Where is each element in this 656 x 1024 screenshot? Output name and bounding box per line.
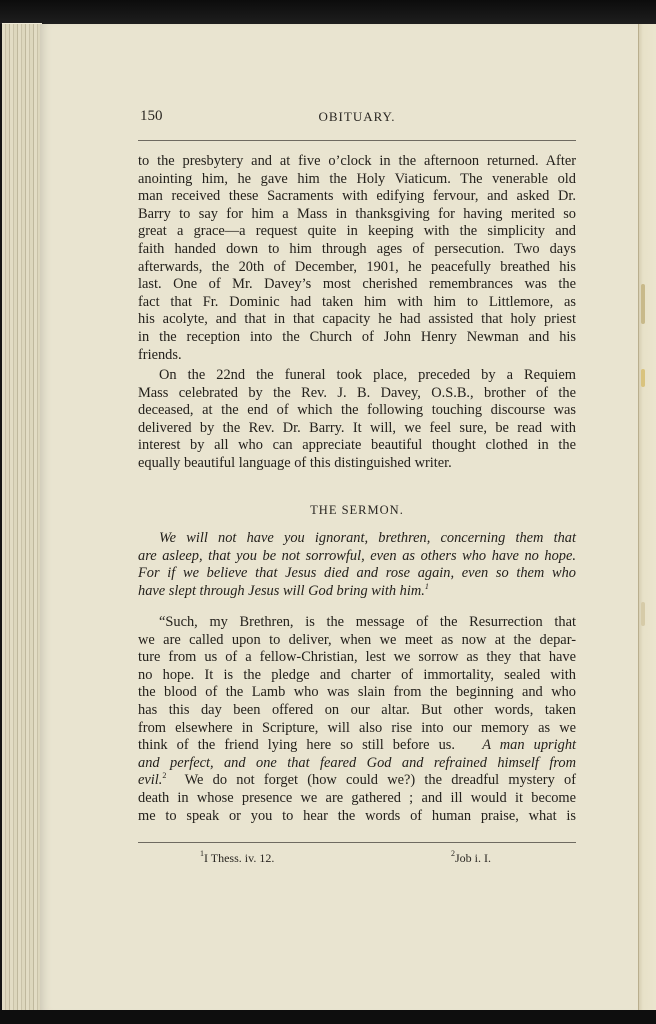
scan-backdrop-top [0, 0, 656, 24]
text-line: from elsewhere in Scripture, will also r… [138, 720, 576, 738]
footnote-2: 2Job i. I. [451, 851, 491, 866]
text-line: the blood of the Lamb who was slain from… [138, 684, 576, 702]
running-title: OBITUARY. [138, 109, 576, 125]
running-head: 150 OBITUARY. [138, 108, 576, 128]
text-line: man received these Sacraments with edify… [138, 188, 576, 206]
header-rule [138, 140, 576, 141]
text-line: has this day been offered on our altar. … [138, 702, 576, 720]
footnote-text: I Thess. iv. 12. [204, 851, 274, 865]
text-line: interest by all who can appreciate beaut… [138, 437, 576, 455]
obituary-paragraph-2: On the 22nd the funeral took place, prec… [138, 367, 576, 473]
text-segment: We do not forget (how could we?) the dre… [185, 772, 576, 788]
text-line: to the presbytery and at five o’clock in… [138, 153, 576, 171]
text-line: On the 22nd the funeral took place, prec… [138, 367, 576, 385]
text-line: faith handed down to him through ages of… [138, 241, 576, 259]
text-line: no hope. It is the pledge and charter of… [138, 667, 576, 685]
text-line: equally beautiful language of this disti… [138, 455, 576, 473]
facing-page-gutter [638, 24, 656, 1012]
text-line: ture from us of a fellow-Christian, lest… [138, 649, 576, 667]
text-line: have slept through Jesus will God bring … [138, 583, 576, 601]
scan-backdrop-bottom [0, 1010, 656, 1024]
text-line: last. One of Mr. Davey’s most cherished … [138, 276, 576, 294]
footnote-1: 1I Thess. iv. 12. [200, 851, 274, 866]
page-stain [641, 602, 645, 626]
text-line: Mass celebrated by the Rev. J. B. Davey,… [138, 385, 576, 403]
epigraph-last-text: have slept through Jesus will God bring … [138, 583, 425, 599]
page-stain [641, 284, 645, 324]
page-stain [641, 369, 645, 387]
text-line: me to speak or you to hear the words of … [138, 808, 576, 826]
sermon-epigraph: We will not have you ignorant, brethren,… [138, 530, 576, 600]
text-line: death in whose presence we are gathered … [138, 790, 576, 808]
text-line: in the reception into the Church of John… [138, 329, 576, 347]
text-line: delivered by the Rev. Dr. Barry. It will… [138, 420, 576, 438]
footnote-ref-2: 2 [162, 771, 166, 780]
text-line: deceased, at the end of which the follow… [138, 402, 576, 420]
footnote-text: Job i. I. [455, 851, 491, 865]
job-quote-line: and perfect, and one that feared God and… [138, 755, 576, 773]
text-line: are asleep, that you be not sorrowful, e… [138, 548, 576, 566]
footnote-rule [138, 842, 576, 843]
text-line: Barry to say for him a Mass in thanksgiv… [138, 206, 576, 224]
text-line: think of the friend lying here so still … [138, 737, 576, 755]
text-line: we are called upon to deliver, when we m… [138, 632, 576, 650]
sermon-heading: THE SERMON. [138, 503, 576, 518]
page-edges-stack [2, 23, 42, 1012]
sermon-paragraph: “Such, my Brethren, is the message of th… [138, 614, 576, 825]
text-line: fact that Fr. Dominic had taken him with… [138, 294, 576, 312]
obituary-paragraph-1: to the presbytery and at five o’clock in… [138, 153, 576, 364]
text-segment: think of the friend lying here so still … [138, 737, 455, 753]
job-quote-start: A man upright [482, 737, 576, 753]
footnote-ref-1: 1 [425, 582, 429, 591]
text-line: For if we believe that Jesus died and ro… [138, 565, 576, 583]
text-line: anointing him, he gave him the Holy Viat… [138, 171, 576, 189]
text-line: his acolyte, and that in that capacity h… [138, 311, 576, 329]
job-quote-end: evil. [138, 772, 162, 788]
text-line: friends. [138, 347, 576, 365]
text-line: great a grace—a request quite in keeping… [138, 223, 576, 241]
text-line: We will not have you ignorant, brethren,… [138, 530, 576, 548]
text-line: “Such, my Brethren, is the message of th… [138, 614, 576, 632]
text-line: afterwards, the 20th of December, 1901, … [138, 259, 576, 277]
text-line: evil.2 We do not forget (how could we?) … [138, 772, 576, 790]
